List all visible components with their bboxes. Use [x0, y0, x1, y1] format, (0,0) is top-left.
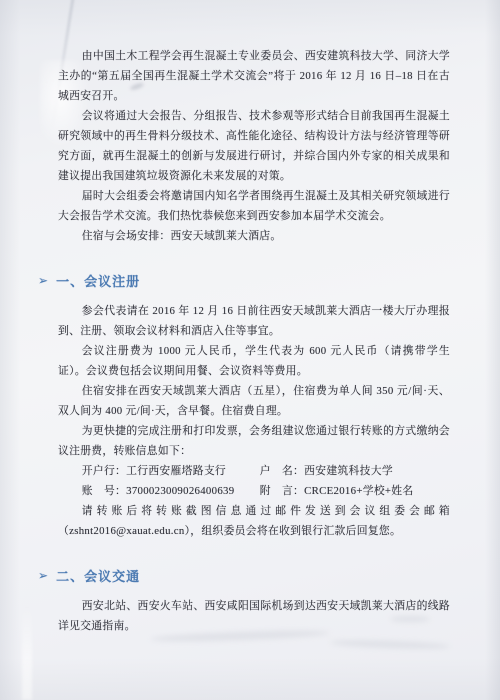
intro-paragraph: 住宿与会场安排：西安天域凯莱大酒店。	[58, 226, 450, 246]
bank-branch-label: 开户行：	[82, 465, 126, 477]
ink-bleed-through	[330, 639, 450, 650]
registration-paragraph: 住宿安排在西安天域凯莱大酒店（五星），住宿费为单人间 350 元/间·天、双人间…	[58, 381, 450, 421]
bank-info-row: 账 号：3700023009026400639 附 言：CRCE2016+学校+…	[58, 481, 450, 501]
bank-branch-value: 工行西安雁塔路支行	[126, 465, 226, 477]
remark-value: CRCE2016+学校+姓名	[304, 485, 413, 497]
transfer-instruction-paragraph: 请转账后将转账截图信息通过邮件发送到会议组委会邮箱（zshnt2016@xaua…	[58, 501, 450, 541]
paper-crease	[22, 605, 32, 700]
arrow-bullet-icon: ➢	[38, 568, 49, 582]
section-heading-transport: ➢ 二、会议交通	[38, 566, 450, 585]
registration-paragraph: 会议注册费为 1000 元人民币，学生代表为 600 元人民币（请携带学生证）。…	[58, 341, 450, 381]
account-number-value: 3700023009026400639	[126, 485, 234, 497]
remark-label: 附 言：	[260, 485, 304, 497]
section-title: 一、会议注册	[56, 271, 140, 290]
intro-paragraph: 由中国土木工程学会再生混凝土专业委员会、西安建筑科技大学、同济大学主办的“第五届…	[58, 46, 450, 106]
intro-paragraph: 会议将通过大会报告、分组报告、技术参观等形式结合目前我国再生混凝土研究领域中的再…	[58, 106, 450, 186]
arrow-bullet-icon: ➢	[38, 273, 49, 287]
bank-info-row: 开户行：工行西安雁塔路支行 户 名：西安建筑科技大学	[58, 461, 450, 481]
scanned-document-page: 由中国土木工程学会再生混凝土专业委员会、西安建筑科技大学、同济大学主办的“第五届…	[0, 0, 500, 700]
transport-paragraph: 西安北站、西安火车站、西安咸阳国际机场到达西安天域凯莱大酒店的线路详见交通指南。	[58, 596, 450, 636]
section-heading-registration: ➢ 一、会议注册	[38, 271, 450, 290]
registration-paragraph: 参会代表请在 2016 年 12 月 16 日前往西安天域凯莱大酒店一楼大厅办理…	[58, 301, 450, 341]
account-number-label: 账 号：	[82, 485, 126, 497]
intro-paragraph: 届时大会组委会将邀请国内知名学者围绕再生混凝土及其相关研究领域进行大会报告学术交…	[58, 186, 450, 226]
account-name-label: 户 名：	[260, 465, 304, 477]
account-name-value: 西安建筑科技大学	[304, 465, 393, 477]
document-content: 由中国土木工程学会再生混凝土专业委员会、西安建筑科技大学、同济大学主办的“第五届…	[58, 46, 450, 636]
section-title: 二、会议交通	[56, 566, 140, 585]
registration-paragraph: 为更快捷的完成注册和打印发票，会务组建议您通过银行转账的方式缴纳会议注册费，转账…	[58, 421, 450, 461]
